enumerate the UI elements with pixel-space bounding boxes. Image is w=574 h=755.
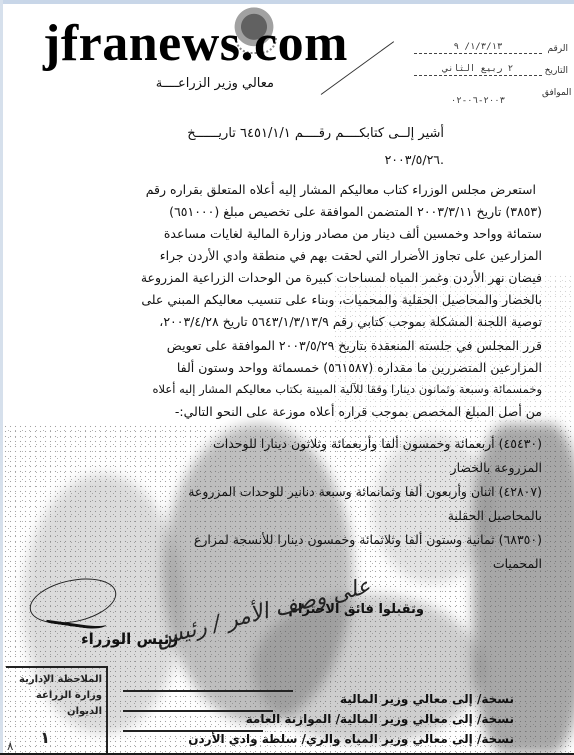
paragraph1-line2: (٣٨٥٣) تاريخ ٢٠٠٣/٣/١١ المتضمن الموافقة … <box>169 204 542 219</box>
cc-underline-1 <box>123 690 293 692</box>
paragraph1-line1: استعرض مجلس الوزراء كتاب معاليكم المشار … <box>146 182 536 197</box>
watermark: jfranews.com <box>43 18 348 70</box>
paragraph1-line3: ستمائة وواحد وخمسين ألف دينار من مصادر و… <box>164 226 542 241</box>
stamp-number: ١ <box>40 728 50 747</box>
allocation-1-amount: (٤٥٤٣٠) <box>499 436 542 451</box>
hijri-date-label: التاريخ <box>542 66 568 76</box>
allocation-1: (٤٥٤٣٠) أربعمائة وخمسون ألفا وأربعمائة و… <box>213 436 542 451</box>
allocation-3-continuation: المحميات <box>493 556 542 571</box>
reference-number-value: ١/٣/١٣/ ٩ <box>418 42 538 52</box>
reference-line: أشير إلــى كتابكــــم رقــــم ٦٤٥١/١/١ ت… <box>187 126 444 141</box>
cc-line-2: نسخة/ إلى معالي وزير المالية/ الموازنة ا… <box>246 712 514 726</box>
allocation-3: (٦٨٣٥٠) ثمانية وستون ألفا وثلاثمائة وخمس… <box>194 532 542 547</box>
paragraph2-line3: وخمسمائة وسبعة وثمانون دينارا وفقا للآلي… <box>153 382 543 396</box>
gregorian-date-label: الموافق <box>542 88 568 98</box>
allocation-1-continuation: المزروعة بالخضار <box>451 460 542 475</box>
stamp-line-1: الملاحظة الإدارية <box>19 674 102 685</box>
paragraph2-line1: قرر المجلس في جلسته المنعقدة بتاريخ ٢٠٠٣… <box>167 338 542 353</box>
allocation-2-continuation: بالمحاصيل الحقلية <box>448 508 542 523</box>
gregorian-date-row: الموافق ٢٠٠٣-٠٦-٠٢ <box>414 82 568 98</box>
paragraph1-line7: توصية اللجنة المشكلة بموجب كتابي رقم ٥٦٤… <box>159 314 542 329</box>
allocation-2-amount: (٤٢٨٠٧) <box>499 484 542 499</box>
reference-number-row: الرقم ١/٣/١٣/ ٩ <box>414 38 568 54</box>
allocation-1-text: أربعمائة وخمسون ألفا وأربعمائة وثلاثون د… <box>213 436 495 451</box>
paragraph2-line4: من أصل المبلغ المخصص بموجب قراره أعلاه م… <box>175 404 542 419</box>
reference-block: الرقم ١/٣/١٣/ ٩ التاريخ ٢ ربيع الثاني ال… <box>398 18 568 108</box>
scan-smudge <box>163 424 353 724</box>
reference-number-label: الرقم <box>542 44 568 54</box>
stamp-line-3: الديوان <box>67 706 102 717</box>
margin-page-mark: ٨ <box>7 739 13 753</box>
stamp-line-2: وزارة الزراعة <box>36 690 102 701</box>
allocation-3-amount: (٦٨٣٥٠) <box>499 532 542 547</box>
paragraph1-line6: بالخضار والمحاصيل الحقلية والمحميات، وبن… <box>141 292 542 307</box>
receipt-stamp: الملاحظة الإدارية وزارة الزراعة الديوان … <box>6 666 108 753</box>
hijri-date-value: ٢ ربيع الثاني <box>418 64 538 74</box>
cc-line-1: نسخة/ إلى معالي وزير المالية <box>340 692 514 706</box>
gregorian-date-value: ٢٠٠٣-٠٦-٠٢ <box>418 96 538 106</box>
addressee: معالي وزير الزراعــــة <box>156 76 274 91</box>
cc-line-3: نسخة/ إلى معالي وزير المياه والري/ سلطة … <box>188 732 514 746</box>
allocation-2-text: اثنان وأربعون ألفا وثمانمائة وسبعة دناني… <box>188 484 494 499</box>
allocation-2: (٤٢٨٠٧) اثنان وأربعون ألفا وثمانمائة وسب… <box>188 484 542 499</box>
allocation-3-text: ثمانية وستون ألفا وثلاثمائة وخمسون دينار… <box>194 532 495 547</box>
signatory-title: رئيس الوزراء <box>81 630 178 648</box>
reference-date: ٢٠٠٣/٥/٢٦. <box>385 152 444 167</box>
paragraph1-line4: المزارعين على تجاوز الأضرار التي لحقت به… <box>160 248 542 263</box>
hijri-date-row: التاريخ ٢ ربيع الثاني <box>414 60 568 76</box>
paragraph2-line2: المزارعين المتضررين ما مقداره (٥٦١٥٨٧) خ… <box>177 360 542 375</box>
scanned-letter-page: jfranews.com الرقم ١/٣/١٣/ ٩ التاريخ ٢ ر… <box>3 4 574 753</box>
paragraph1-line5: فيضان نهر الأردن وغمر المياه لمساحات كبي… <box>141 270 542 285</box>
